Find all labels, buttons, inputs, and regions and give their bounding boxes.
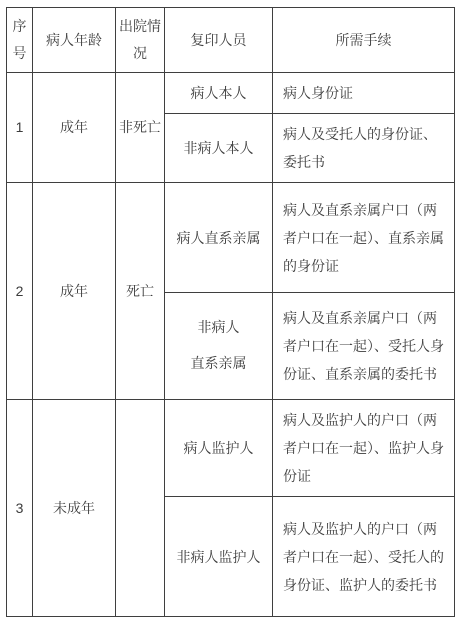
header-required-procedures: 所需手续 <box>273 8 455 73</box>
cell-copier-1b: 非病人本人 <box>165 114 273 183</box>
cell-status-3 <box>116 400 165 617</box>
table-row-1a: 1 成年 非死亡 病人本人 病人身份证 <box>7 73 455 114</box>
table-row-3a: 3 未成年 病人监护人 病人及监护人的户口（两者户口在一起）、监护人身份证 <box>7 400 455 497</box>
cell-age-2: 成年 <box>33 183 116 400</box>
cell-docs-3a: 病人及监护人的户口（两者户口在一起）、监护人身份证 <box>273 400 455 497</box>
cell-copier-1a: 病人本人 <box>165 73 273 114</box>
cell-copier-3b: 非病人监护人 <box>165 497 273 617</box>
header-patient-age: 病人年龄 <box>33 8 116 73</box>
cell-serial-3: 3 <box>7 400 33 617</box>
header-copier: 复印人员 <box>165 8 273 73</box>
cell-age-3: 未成年 <box>33 400 116 617</box>
cell-copier-2b: 非病人 直系亲属 <box>165 293 273 400</box>
cell-status-2: 死亡 <box>116 183 165 400</box>
cell-status-1: 非死亡 <box>116 73 165 183</box>
cell-copier-3a: 病人监护人 <box>165 400 273 497</box>
cell-copier-2a: 病人直系亲属 <box>165 183 273 293</box>
header-serial-number: 序 号 <box>7 8 33 73</box>
header-discharge-status: 出院情 况 <box>116 8 165 73</box>
cell-serial-1: 1 <box>7 73 33 183</box>
procedures-table: 序 号 病人年龄 出院情 况 复印人员 所需手续 1 成年 非死亡 病人本人 病… <box>6 7 455 617</box>
header-row: 序 号 病人年龄 出院情 况 复印人员 所需手续 <box>7 8 455 73</box>
cell-docs-2a: 病人及直系亲属户口（两者户口在一起）、直系亲属的身份证 <box>273 183 455 293</box>
cell-docs-2b: 病人及直系亲属户口（两者户口在一起）、受托人身份证、直系亲属的委托书 <box>273 293 455 400</box>
cell-docs-1a: 病人身份证 <box>273 73 455 114</box>
table-row-2a: 2 成年 死亡 病人直系亲属 病人及直系亲属户口（两者户口在一起）、直系亲属的身… <box>7 183 455 293</box>
cell-docs-3b: 病人及监护人的户口（两者户口在一起）、受托人的身份证、监护人的委托书 <box>273 497 455 617</box>
page: 序 号 病人年龄 出院情 况 复印人员 所需手续 1 成年 非死亡 病人本人 病… <box>0 0 460 618</box>
cell-serial-2: 2 <box>7 183 33 400</box>
cell-docs-1b: 病人及受托人的身份证、委托书 <box>273 114 455 183</box>
cell-age-1: 成年 <box>33 73 116 183</box>
